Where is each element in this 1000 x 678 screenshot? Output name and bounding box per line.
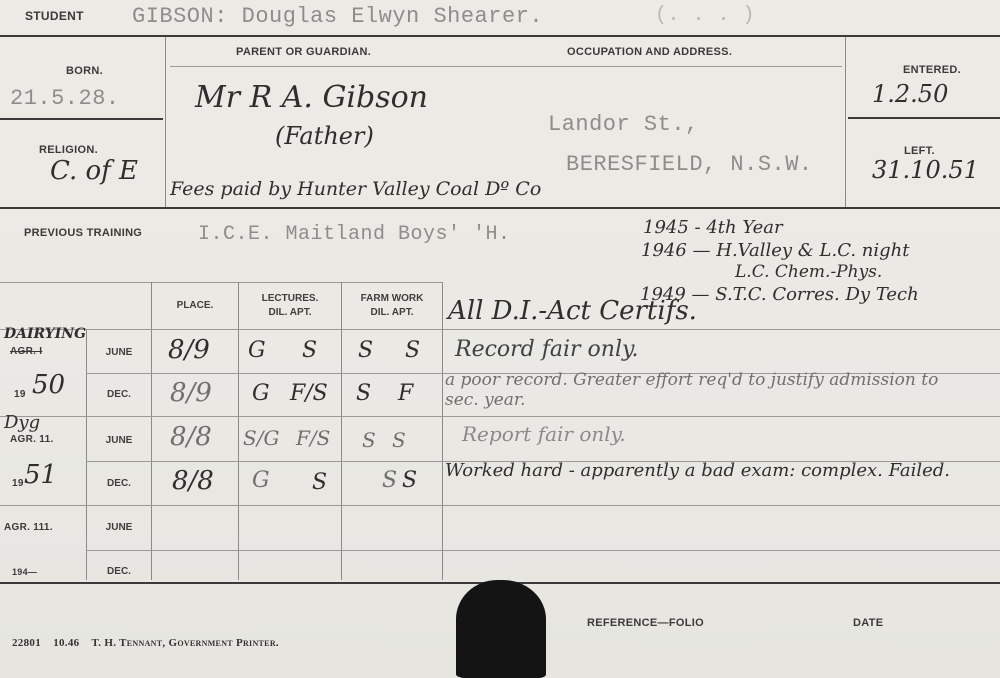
term: JUNE xyxy=(88,347,150,358)
address-line1: Landor St., xyxy=(548,112,699,137)
divider xyxy=(341,282,342,580)
religion-label: RELIGION. xyxy=(39,144,98,156)
divider xyxy=(845,37,846,209)
previous-training-label: PREVIOUS TRAINING xyxy=(24,227,142,239)
training-note-1946: 1946 — H.Valley & L.C. night xyxy=(641,240,910,261)
year-1-printed: 19 xyxy=(14,389,26,400)
course-2-handwritten: Dyg xyxy=(4,412,40,433)
born-value: 21.5.28. xyxy=(10,86,120,111)
divider xyxy=(848,117,1000,119)
ink-blot xyxy=(456,580,546,678)
place: 8/8 xyxy=(170,422,212,452)
remark: a poor record. Greater effort req'd to j… xyxy=(445,370,965,410)
address-line2: BERESFIELD, N.S.W. xyxy=(566,152,813,177)
student-label: STUDENT xyxy=(25,9,84,23)
course-1-printed: AGR. I xyxy=(10,346,42,357)
left-value: 31.10.51 xyxy=(872,156,979,184)
remark: Record fair only. xyxy=(455,337,639,362)
farm-apt: S xyxy=(402,468,417,493)
year-2-printed: 19 xyxy=(12,478,24,489)
divider xyxy=(170,66,842,67)
lectures-dil: G xyxy=(252,381,270,406)
reference-folio-label: REFERENCE—FOLIO xyxy=(587,617,704,629)
date-label: DATE xyxy=(853,617,883,629)
form-number: 22801 xyxy=(12,637,41,649)
divider xyxy=(0,505,1000,506)
top-remark: All D.I.-Act Certifs. xyxy=(448,296,697,326)
divider xyxy=(0,329,1000,330)
religion-value: C. of E xyxy=(50,156,138,186)
remark: Report fair only. xyxy=(462,422,626,446)
farm-dil: S xyxy=(358,338,373,363)
divider xyxy=(165,37,166,209)
entered-value: 1.2.50 xyxy=(872,80,948,108)
farm-dil: S xyxy=(382,468,397,493)
place: 8/8 xyxy=(172,466,214,496)
divider xyxy=(0,207,1000,209)
farm-apt: F xyxy=(398,381,413,406)
lectures-apt: F/S xyxy=(296,426,330,450)
student-record-card: STUDENT GIBSON: Douglas Elwyn Shearer. (… xyxy=(0,0,1000,678)
parent-guardian-label: PARENT OR GUARDIAN. xyxy=(236,46,371,58)
farm-apt: S xyxy=(405,338,420,363)
student-stamp: (. . . ) xyxy=(655,4,755,27)
place-header: PLACE. xyxy=(152,300,238,311)
place: 8/9 xyxy=(168,335,210,365)
divider xyxy=(86,550,1000,551)
student-name: GIBSON: Douglas Elwyn Shearer. xyxy=(132,4,543,29)
term: DEC. xyxy=(88,389,150,400)
divider xyxy=(442,282,443,580)
lectures-dil: S/G xyxy=(243,426,279,450)
lectures-dil: G xyxy=(248,338,266,363)
divider xyxy=(0,35,1000,37)
previous-training-typed: I.C.E. Maitland Boys' 'H. xyxy=(198,223,511,246)
farm-dil: S xyxy=(356,381,371,406)
divider xyxy=(0,118,163,120)
divider xyxy=(86,330,87,580)
lectures-apt: S xyxy=(312,470,327,495)
farm-dil: S xyxy=(362,428,376,452)
farm-apt: S xyxy=(392,428,406,452)
parent-name: Mr R A. Gibson xyxy=(195,80,428,115)
fees-note: Fees paid by Hunter Valley Coal Dº Co xyxy=(170,178,541,200)
divider xyxy=(151,282,152,580)
term: JUNE xyxy=(88,435,150,446)
divider xyxy=(0,282,443,283)
training-note-1945: 1945 - 4th Year xyxy=(643,217,783,238)
place: 8/9 xyxy=(170,378,212,408)
year-3-printed: 194— xyxy=(12,567,37,577)
divider xyxy=(238,282,239,580)
print-date: 10.46 xyxy=(53,637,79,649)
course-1-handwritten: DAIRYING xyxy=(4,326,86,342)
born-label: BORN. xyxy=(66,65,103,77)
course-3-printed: AGR. 111. xyxy=(4,522,53,533)
lectures-dil: G xyxy=(252,468,270,493)
parent-relation: (Father) xyxy=(275,122,374,150)
occupation-address-label: OCCUPATION AND ADDRESS. xyxy=(567,46,732,58)
farm-work-subheader: DIL. APT. xyxy=(342,307,442,318)
year-2-handwritten: 51 xyxy=(24,460,57,490)
training-note-lc: L.C. Chem.-Phys. xyxy=(735,262,882,282)
lectures-apt: S xyxy=(302,338,317,363)
term: JUNE xyxy=(88,522,150,533)
course-2-printed: AGR. 11. xyxy=(10,434,54,445)
lectures-apt: F/S xyxy=(290,381,328,406)
entered-label: ENTERED. xyxy=(903,64,961,76)
remark: Worked hard - apparently a bad exam: com… xyxy=(445,460,985,481)
lectures-header: LECTURES. xyxy=(239,293,341,304)
printer-name: T. H. Tennant, Government Printer. xyxy=(91,637,278,649)
term: DEC. xyxy=(88,478,150,489)
lectures-subheader: DIL. APT. xyxy=(239,307,341,318)
term: DEC. xyxy=(88,566,150,577)
year-1-handwritten: 50 xyxy=(32,370,65,400)
farm-work-header: FARM WORK xyxy=(342,293,442,304)
divider xyxy=(0,416,1000,417)
printer-imprint: 22801 10.46 T. H. Tennant, Government Pr… xyxy=(12,637,279,649)
